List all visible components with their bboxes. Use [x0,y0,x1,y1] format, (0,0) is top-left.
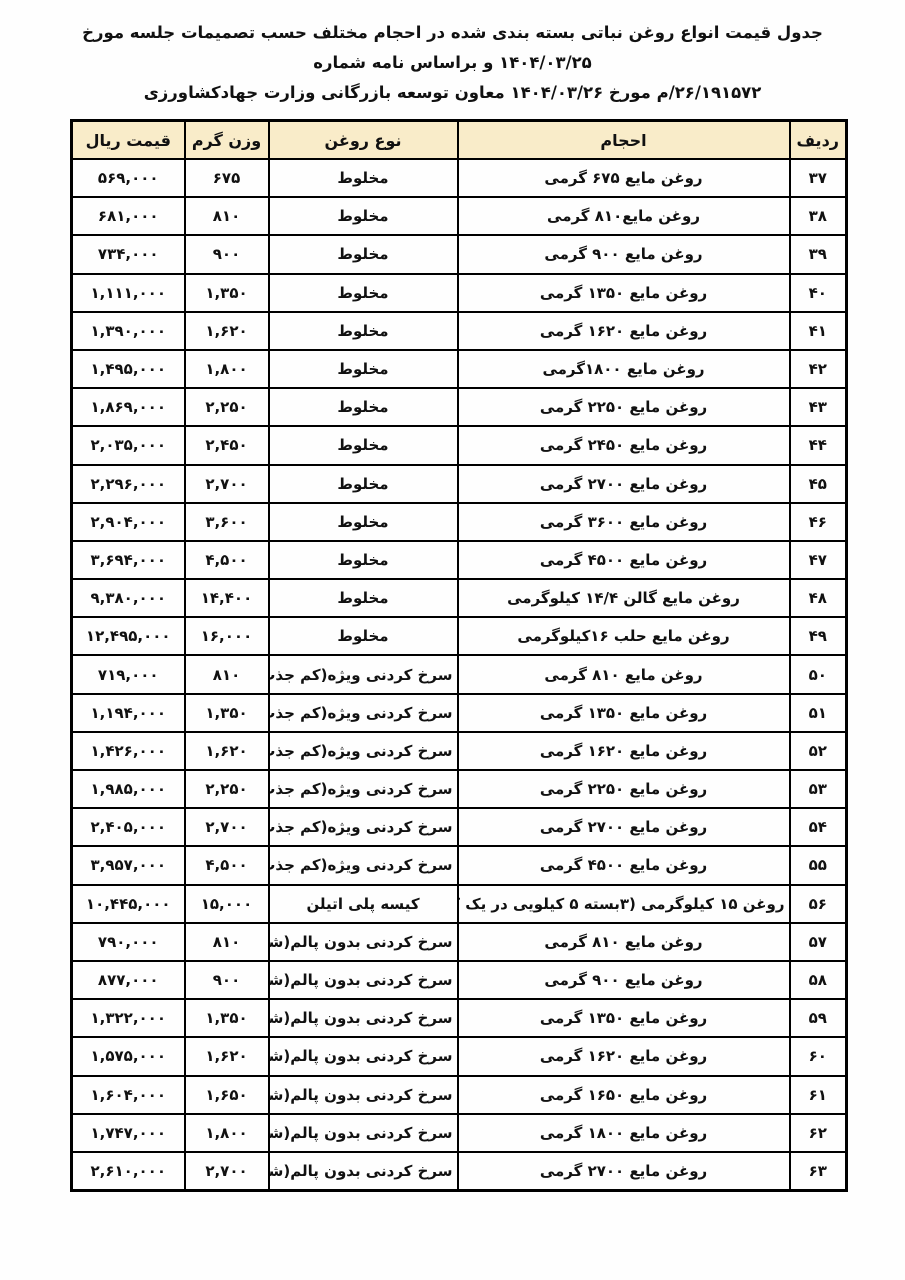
cell-size: روغن مایع ۱۳۵۰ گرمی [458,694,790,732]
cell-oil-type: سرخ کردنی بدون پالم(شفاف) [269,923,458,961]
table-row: ۳۸روغن مایع۸۱۰ گرمیمخلوط۸۱۰۶۸۱,۰۰۰ [72,197,847,235]
cell-row-num: ۴۳ [790,388,847,426]
cell-oil-type: مخلوط [269,503,458,541]
cell-price: ۲,۴۰۵,۰۰۰ [72,808,185,846]
cell-row-num: ۵۵ [790,846,847,884]
cell-weight: ۱,۶۲۰ [185,1037,269,1075]
cell-oil-type: سرخ کردنی بدون پالم(شفاف) [269,1152,458,1191]
table-row: ۵۰روغن مایع ۸۱۰ گرمیسرخ کردنی ویژه(کم جذ… [72,655,847,693]
cell-price: ۷۹۰,۰۰۰ [72,923,185,961]
cell-oil-type: مخلوط [269,274,458,312]
cell-price: ۱,۱۹۴,۰۰۰ [72,694,185,732]
cell-weight: ۱۴,۴۰۰ [185,579,269,617]
cell-weight: ۲,۷۰۰ [185,465,269,503]
cell-price: ۷۳۴,۰۰۰ [72,235,185,273]
cell-price: ۱,۶۰۴,۰۰۰ [72,1076,185,1114]
cell-weight: ۹۰۰ [185,961,269,999]
cell-weight: ۱,۸۰۰ [185,350,269,388]
cell-price: ۱,۹۸۵,۰۰۰ [72,770,185,808]
col-header-row-num: ردیف [790,121,847,160]
cell-oil-type: سرخ کردنی بدون پالم(شفاف) [269,1037,458,1075]
cell-oil-type: مخلوط [269,465,458,503]
cell-price: ۲,۰۳۵,۰۰۰ [72,426,185,464]
cell-size: روغن مایع ۲۷۰۰ گرمی [458,808,790,846]
cell-row-num: ۵۴ [790,808,847,846]
cell-oil-type: مخلوط [269,426,458,464]
table-row: ۵۸روغن مایع ۹۰۰ گرمیسرخ کردنی بدون پالم(… [72,961,847,999]
cell-row-num: ۵۸ [790,961,847,999]
cell-oil-type: مخلوط [269,159,458,197]
cell-price: ۶۸۱,۰۰۰ [72,197,185,235]
cell-row-num: ۵۳ [790,770,847,808]
cell-row-num: ۴۱ [790,312,847,350]
cell-weight: ۳,۶۰۰ [185,503,269,541]
table-row: ۵۶روغن ۱۵ کیلوگرمی (۳بسته ۵ کیلویی در یک… [72,885,847,923]
document-title: جدول قیمت انواع روغن نباتی بسته بندی شده… [0,0,905,108]
table-row: ۳۹روغن مایع ۹۰۰ گرمیمخلوط۹۰۰۷۳۴,۰۰۰ [72,235,847,273]
cell-size: روغن مایع ۱۸۰۰گرمی [458,350,790,388]
cell-price: ۱,۸۶۹,۰۰۰ [72,388,185,426]
cell-row-num: ۶۳ [790,1152,847,1191]
table-row: ۶۰روغن مایع ۱۶۲۰ گرمیسرخ کردنی بدون پالم… [72,1037,847,1075]
table-row: ۶۳روغن مایع ۲۷۰۰ گرمیسرخ کردنی بدون پالم… [72,1152,847,1191]
cell-oil-type: مخلوط [269,617,458,655]
cell-weight: ۲,۴۵۰ [185,426,269,464]
cell-row-num: ۵۹ [790,999,847,1037]
cell-weight: ۸۱۰ [185,655,269,693]
cell-weight: ۱۶,۰۰۰ [185,617,269,655]
cell-size: روغن مایع ۴۵۰۰ گرمی [458,846,790,884]
cell-size: روغن مایع ۱۶۲۰ گرمی [458,732,790,770]
cell-weight: ۱,۳۵۰ [185,999,269,1037]
cell-weight: ۱,۳۵۰ [185,274,269,312]
cell-size: روغن مایع ۱۸۰۰ گرمی [458,1114,790,1152]
cell-oil-type: مخلوط [269,541,458,579]
table-row: ۵۹روغن مایع ۱۳۵۰ گرمیسرخ کردنی بدون پالم… [72,999,847,1037]
cell-weight: ۶۷۵ [185,159,269,197]
cell-size: روغن مایع ۹۰۰ گرمی [458,961,790,999]
cell-size: روغن مایع ۲۲۵۰ گرمی [458,388,790,426]
cell-price: ۱,۵۷۵,۰۰۰ [72,1037,185,1075]
cell-weight: ۱,۶۲۰ [185,732,269,770]
cell-size: روغن مایع ۳۶۰۰ گرمی [458,503,790,541]
col-header-weight: وزن گرم [185,121,269,160]
table-row: ۴۴روغن مایع ۲۴۵۰ گرمیمخلوط۲,۴۵۰۲,۰۳۵,۰۰۰ [72,426,847,464]
cell-price: ۸۷۷,۰۰۰ [72,961,185,999]
cell-weight: ۱,۶۵۰ [185,1076,269,1114]
cell-weight: ۸۱۰ [185,923,269,961]
table-row: ۵۲روغن مایع ۱۶۲۰ گرمیسرخ کردنی ویژه(کم ج… [72,732,847,770]
cell-oil-type: سرخ کردنی بدون پالم(شفاف) [269,1114,458,1152]
cell-row-num: ۶۱ [790,1076,847,1114]
cell-oil-type: مخلوط [269,388,458,426]
table-row: ۵۵روغن مایع ۴۵۰۰ گرمیسرخ کردنی ویژه(کم ج… [72,846,847,884]
cell-weight: ۱,۸۰۰ [185,1114,269,1152]
cell-row-num: ۴۷ [790,541,847,579]
cell-price: ۹,۳۸۰,۰۰۰ [72,579,185,617]
cell-oil-type: سرخ کردنی بدون پالم(شفاف) [269,1076,458,1114]
cell-price: ۱,۱۱۱,۰۰۰ [72,274,185,312]
cell-row-num: ۵۲ [790,732,847,770]
cell-size: روغن مایع ۱۶۲۰ گرمی [458,312,790,350]
cell-size: روغن مایع ۲۷۰۰ گرمی [458,1152,790,1191]
table-row: ۴۳روغن مایع ۲۲۵۰ گرمیمخلوط۲,۲۵۰۱,۸۶۹,۰۰۰ [72,388,847,426]
cell-row-num: ۳۸ [790,197,847,235]
cell-oil-type: سرخ کردنی ویژه(کم جذب) [269,694,458,732]
table-row: ۴۱روغن مایع ۱۶۲۰ گرمیمخلوط۱,۶۲۰۱,۳۹۰,۰۰۰ [72,312,847,350]
cell-size: روغن مایع ۴۵۰۰ گرمی [458,541,790,579]
table-body: ۳۷روغن مایع ۶۷۵ گرمیمخلوط۶۷۵۵۶۹,۰۰۰۳۸روغ… [72,159,847,1191]
cell-price: ۱,۴۹۵,۰۰۰ [72,350,185,388]
cell-weight: ۹۰۰ [185,235,269,273]
table-row: ۴۹روغن مایع حلب ۱۶کیلوگرمیمخلوط۱۶,۰۰۰۱۲,… [72,617,847,655]
cell-row-num: ۶۲ [790,1114,847,1152]
cell-price: ۷۱۹,۰۰۰ [72,655,185,693]
document-title-line2: ۲۶/۱۹۱۵۷۲/م مورخ ۱۴۰۴/۰۳/۲۶ معاون توسعه … [40,78,865,108]
cell-oil-type: کیسه پلی اتیلن [269,885,458,923]
cell-size: روغن مایع ۱۶۵۰ گرمی [458,1076,790,1114]
cell-oil-type: سرخ کردنی ویژه(کم جذب) [269,770,458,808]
cell-weight: ۴,۵۰۰ [185,846,269,884]
table-row: ۶۲روغن مایع ۱۸۰۰ گرمیسرخ کردنی بدون پالم… [72,1114,847,1152]
cell-price: ۳,۹۵۷,۰۰۰ [72,846,185,884]
document-title-line1: جدول قیمت انواع روغن نباتی بسته بندی شده… [40,18,865,78]
cell-size: روغن مایع ۹۰۰ گرمی [458,235,790,273]
cell-weight: ۲,۲۵۰ [185,770,269,808]
cell-price: ۱,۷۴۷,۰۰۰ [72,1114,185,1152]
cell-price: ۳,۶۹۴,۰۰۰ [72,541,185,579]
cell-oil-type: سرخ کردنی ویژه(کم جذب) [269,655,458,693]
cell-weight: ۸۱۰ [185,197,269,235]
cell-size: روغن مایع ۲۷۰۰ گرمی [458,465,790,503]
table-row: ۳۷روغن مایع ۶۷۵ گرمیمخلوط۶۷۵۵۶۹,۰۰۰ [72,159,847,197]
cell-row-num: ۴۲ [790,350,847,388]
price-table: ردیف احجام نوع روغن وزن گرم قیمت ریال ۳۷… [70,119,848,1192]
document-page: جدول قیمت انواع روغن نباتی بسته بندی شده… [0,0,905,1280]
cell-size: روغن مایع۸۱۰ گرمی [458,197,790,235]
cell-row-num: ۴۵ [790,465,847,503]
table-row: ۴۵روغن مایع ۲۷۰۰ گرمیمخلوط۲,۷۰۰۲,۲۹۶,۰۰۰ [72,465,847,503]
table-row: ۵۷روغن مایع ۸۱۰ گرمیسرخ کردنی بدون پالم(… [72,923,847,961]
cell-price: ۱۲,۴۹۵,۰۰۰ [72,617,185,655]
cell-price: ۲,۲۹۶,۰۰۰ [72,465,185,503]
cell-row-num: ۴۴ [790,426,847,464]
table-row: ۴۶روغن مایع ۳۶۰۰ گرمیمخلوط۳,۶۰۰۲,۹۰۴,۰۰۰ [72,503,847,541]
table-row: ۶۱روغن مایع ۱۶۵۰ گرمیسرخ کردنی بدون پالم… [72,1076,847,1114]
cell-oil-type: سرخ کردنی ویژه(کم جذب) [269,732,458,770]
table-header-row: ردیف احجام نوع روغن وزن گرم قیمت ریال [72,121,847,160]
cell-oil-type: مخلوط [269,312,458,350]
cell-size: روغن مایع ۲۲۵۰ گرمی [458,770,790,808]
cell-row-num: ۴۹ [790,617,847,655]
cell-price: ۲,۶۱۰,۰۰۰ [72,1152,185,1191]
cell-price: ۱۰,۴۴۵,۰۰۰ [72,885,185,923]
cell-weight: ۲,۷۰۰ [185,1152,269,1191]
cell-oil-type: سرخ کردنی ویژه(کم جذب) [269,846,458,884]
cell-row-num: ۵۷ [790,923,847,961]
cell-oil-type: سرخ کردنی بدون پالم(شفاف) [269,999,458,1037]
cell-price: ۲,۹۰۴,۰۰۰ [72,503,185,541]
cell-row-num: ۴۸ [790,579,847,617]
cell-size: روغن مایع ۸۱۰ گرمی [458,923,790,961]
cell-weight: ۲,۷۰۰ [185,808,269,846]
cell-row-num: ۳۹ [790,235,847,273]
cell-oil-type: مخلوط [269,197,458,235]
table-row: ۴۰روغن مایع ۱۳۵۰ گرمیمخلوط۱,۳۵۰۱,۱۱۱,۰۰۰ [72,274,847,312]
cell-size: روغن مایع ۲۴۵۰ گرمی [458,426,790,464]
cell-row-num: ۵۱ [790,694,847,732]
table-row: ۴۲روغن مایع ۱۸۰۰گرمیمخلوط۱,۸۰۰۱,۴۹۵,۰۰۰ [72,350,847,388]
cell-oil-type: سرخ کردنی ویژه(کم جذب) [269,808,458,846]
col-header-price: قیمت ریال [72,121,185,160]
cell-weight: ۱۵,۰۰۰ [185,885,269,923]
table-row: ۵۱روغن مایع ۱۳۵۰ گرمیسرخ کردنی ویژه(کم ج… [72,694,847,732]
cell-size: روغن مایع ۱۳۵۰ گرمی [458,999,790,1037]
cell-weight: ۱,۶۲۰ [185,312,269,350]
cell-row-num: ۳۷ [790,159,847,197]
cell-size: روغن مایع ۶۷۵ گرمی [458,159,790,197]
cell-row-num: ۵۶ [790,885,847,923]
cell-price: ۱,۳۹۰,۰۰۰ [72,312,185,350]
cell-size: روغن مایع ۱۳۵۰ گرمی [458,274,790,312]
cell-row-num: ۴۰ [790,274,847,312]
table-row: ۴۸روغن مایع گالن ۱۴/۴ کیلوگرمیمخلوط۱۴,۴۰… [72,579,847,617]
cell-size: روغن مایع ۱۶۲۰ گرمی [458,1037,790,1075]
cell-size: روغن ۱۵ کیلوگرمی (۳بسته ۵ کیلویی در یک ک… [458,885,790,923]
table-row: ۵۳روغن مایع ۲۲۵۰ گرمیسرخ کردنی ویژه(کم ج… [72,770,847,808]
table-row: ۴۷روغن مایع ۴۵۰۰ گرمیمخلوط۴,۵۰۰۳,۶۹۴,۰۰۰ [72,541,847,579]
cell-row-num: ۶۰ [790,1037,847,1075]
cell-weight: ۴,۵۰۰ [185,541,269,579]
cell-size: روغن مایع حلب ۱۶کیلوگرمی [458,617,790,655]
col-header-oil-type: نوع روغن [269,121,458,160]
cell-size: روغن مایع ۸۱۰ گرمی [458,655,790,693]
cell-weight: ۱,۳۵۰ [185,694,269,732]
cell-price: ۱,۳۲۲,۰۰۰ [72,999,185,1037]
cell-weight: ۲,۲۵۰ [185,388,269,426]
cell-oil-type: مخلوط [269,235,458,273]
table-row: ۵۴روغن مایع ۲۷۰۰ گرمیسرخ کردنی ویژه(کم ج… [72,808,847,846]
cell-row-num: ۵۰ [790,655,847,693]
cell-oil-type: مخلوط [269,579,458,617]
cell-oil-type: مخلوط [269,350,458,388]
cell-price: ۵۶۹,۰۰۰ [72,159,185,197]
cell-size: روغن مایع گالن ۱۴/۴ کیلوگرمی [458,579,790,617]
cell-row-num: ۴۶ [790,503,847,541]
cell-price: ۱,۴۲۶,۰۰۰ [72,732,185,770]
cell-oil-type: سرخ کردنی بدون پالم(شفاف) [269,961,458,999]
col-header-sizes: احجام [458,121,790,160]
